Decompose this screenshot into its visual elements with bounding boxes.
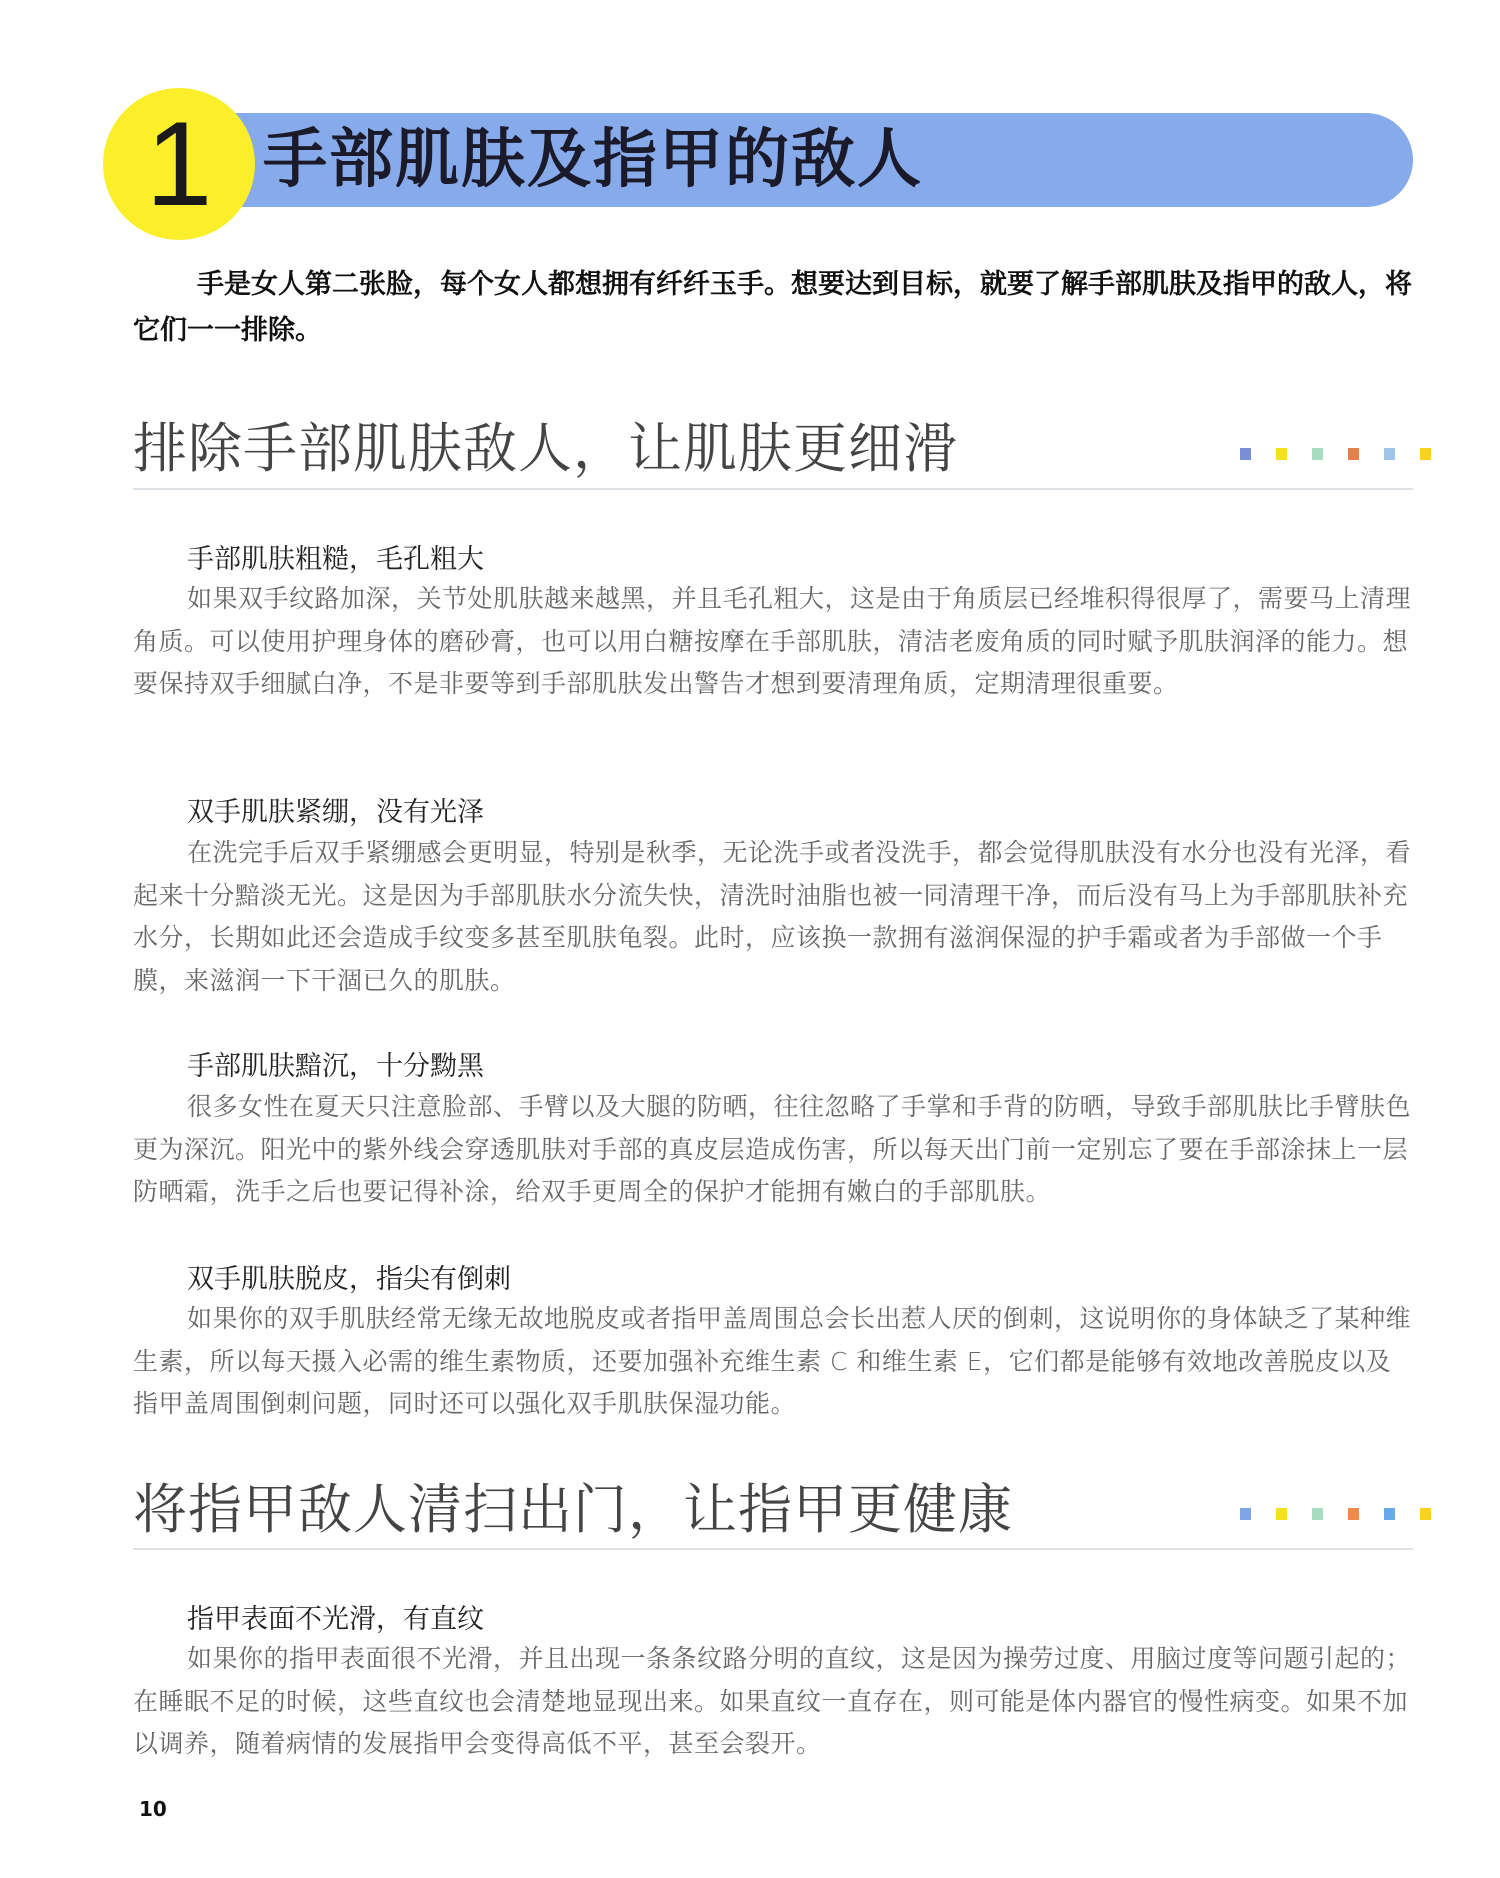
square-icon (1276, 448, 1287, 460)
paragraph: 如果你的指甲表面很不光滑，并且出现一条条纹路分明的直纹，这是因为操劳过度、用脑过… (133, 1638, 1413, 1766)
intro-paragraph: 手是女人第二张脸，每个女人都想拥有纤纤玉手。想要达到目标，就要了解手部肌肤及指甲… (133, 262, 1413, 354)
paragraph: 很多女性在夏天只注意脸部、手臂以及大腿的防晒，往往忽略了手掌和手背的防晒，导致手… (133, 1086, 1413, 1214)
section-divider (133, 1548, 1413, 1550)
chapter-title: 手部肌肤及指甲的敌人 (263, 118, 923, 202)
square-icon (1420, 448, 1431, 460)
square-icon (1384, 448, 1395, 460)
subheading: 双手肌肤紧绷，没有光泽 (187, 795, 484, 831)
square-icon (1348, 1508, 1359, 1520)
paragraph: 如果双手纹路加深，关节处肌肤越来越黑，并且毛孔粗大，这是由于角质层已经堆积得很厚… (133, 578, 1413, 706)
paragraph: 在洗完手后双手紧绷感会更明显，特别是秋季，无论洗手或者没洗手，都会觉得肌肤没有水… (133, 832, 1413, 1002)
square-icon (1276, 1508, 1287, 1520)
subheading: 双手肌肤脱皮，指尖有倒刺 (187, 1262, 511, 1298)
square-icon (1384, 1508, 1395, 1520)
square-icon (1312, 448, 1323, 460)
subheading: 手部肌肤黯沉，十分黝黑 (187, 1049, 484, 1085)
subheading: 指甲表面不光滑，有直纹 (187, 1602, 484, 1638)
decorative-squares (1240, 1508, 1456, 1520)
chapter-number: 1 (103, 88, 255, 240)
square-icon (1240, 1508, 1251, 1520)
square-icon (1420, 1508, 1431, 1520)
subheading: 手部肌肤粗糙，毛孔粗大 (187, 542, 484, 578)
paragraph: 如果你的双手肌肤经常无缘无故地脱皮或者指甲盖周围总会长出惹人厌的倒刺，这说明你的… (133, 1298, 1413, 1426)
square-icon (1312, 1508, 1323, 1520)
page-number: 10 (139, 1797, 167, 1821)
square-icon (1348, 448, 1359, 460)
square-icon (1240, 448, 1251, 460)
section-heading-skin: 排除手部肌肤敌人，让肌肤更细滑 (133, 414, 958, 484)
section-heading-nails: 将指甲敌人清扫出门，让指甲更健康 (133, 1475, 1013, 1545)
section-divider (133, 488, 1413, 490)
decorative-squares (1240, 448, 1456, 460)
